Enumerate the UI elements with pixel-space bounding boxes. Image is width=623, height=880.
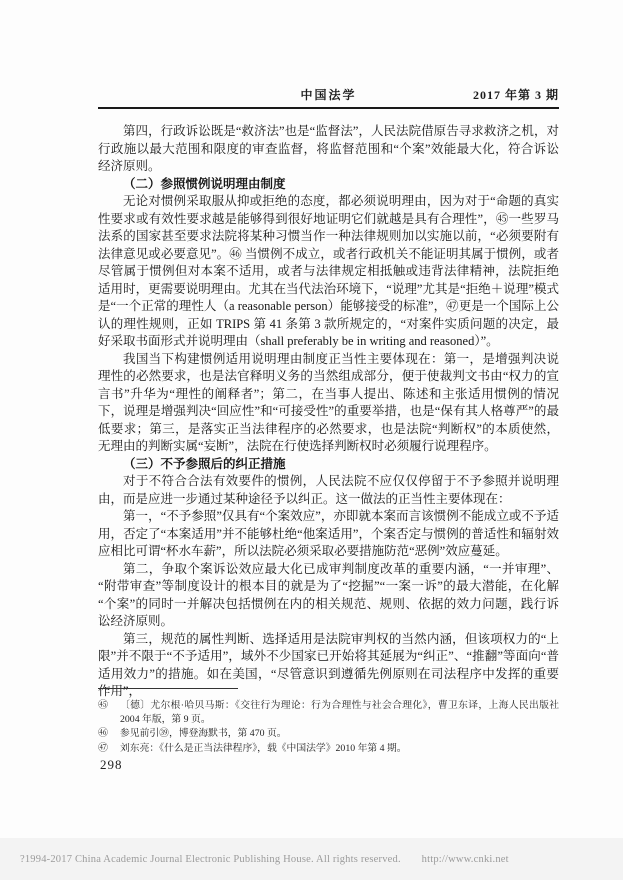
footnote: ㊺〔德〕尤尔根·哈贝马斯：《交往行为理论：行为合理性与社会合理化》，曹卫东译，上…	[98, 699, 559, 726]
footnote-separator	[98, 688, 238, 689]
body-paragraph: 对于不符合合法有效要件的惯例，人民法院不应仅仅停留于不予参照并说明理由，而是应进…	[98, 473, 559, 508]
footnote-text: 刘东亮：《什么是正当法律程序》，载《中国法学》2010 年第 4 期。	[120, 742, 559, 756]
body-paragraph: 第四，行政诉讼既是“救济法”也是“监督法”，人民法院借原告寻求救济之机，对行政施…	[98, 123, 559, 176]
footnote-list: ㊺〔德〕尤尔根·哈贝马斯：《交往行为理论：行为合理性与社会合理化》，曹卫东译，上…	[98, 699, 559, 756]
cnki-url: http://www.cnki.net	[422, 854, 509, 865]
footnote: ㊼刘东亮：《什么是正当法律程序》，载《中国法学》2010 年第 4 期。	[98, 742, 559, 756]
copyright-notice: ?1994-2017 China Academic Journal Electr…	[20, 854, 401, 865]
footnote-marker: ㊺	[98, 699, 120, 726]
body-paragraph: 无论对惯例采取服从抑或拒绝的态度，都必须说明理由，因为对于“命题的真实性要求或有…	[98, 193, 559, 351]
footnote-text: 〔德〕尤尔根·哈贝马斯：《交往行为理论：行为合理性与社会合理化》，曹卫东译，上海…	[120, 699, 559, 726]
cnki-footer-band: ?1994-2017 China Academic Journal Electr…	[0, 838, 623, 880]
body-paragraph: 我国当下构建惯例适用说明理由制度正当性主要体现在：第一，是增强判决说理性的必然要…	[98, 351, 559, 456]
body-paragraph: 第三，规范的属性判断、选择适用是法院审判权的当然内涵，但该项权力的“上限”并不限…	[98, 631, 559, 701]
scanned-journal-page: 中国法学 2017 年第 3 期 第四，行政诉讼既是“救济法”也是“监督法”，人…	[0, 0, 623, 880]
footnote-marker: ㊻	[98, 727, 120, 741]
body-paragraph: 第二，争取个案诉讼效应最大化已成审判制度改革的重要内涵，“一并审理”、“附带审查…	[98, 561, 559, 631]
section-heading: （二）参照惯例说明理由制度	[98, 176, 559, 194]
section-heading: （三）不予参照后的纠正措施	[98, 456, 559, 474]
page-number: 298	[100, 757, 123, 773]
footnote: ㊻参见前引㊴，博登海默书，第 470 页。	[98, 727, 559, 741]
body-paragraph: 第一，“不予参照”仅具有“个案效应”，亦即就本案而言该惯例不能成立或不予适用，否…	[98, 508, 559, 561]
footnote-marker: ㊼	[98, 742, 120, 756]
cnki-footer-text: ?1994-2017 China Academic Journal Electr…	[0, 854, 509, 865]
article-body: 第四，行政诉讼既是“救济法”也是“监督法”，人民法院借原告寻求救济之机，对行政施…	[98, 123, 559, 701]
issue-label: 2017 年第 3 期	[473, 86, 559, 103]
running-head: 中国法学 2017 年第 3 期	[98, 86, 559, 102]
footnote-text: 参见前引㊴，博登海默书，第 470 页。	[120, 727, 559, 741]
header-rule	[98, 107, 559, 109]
